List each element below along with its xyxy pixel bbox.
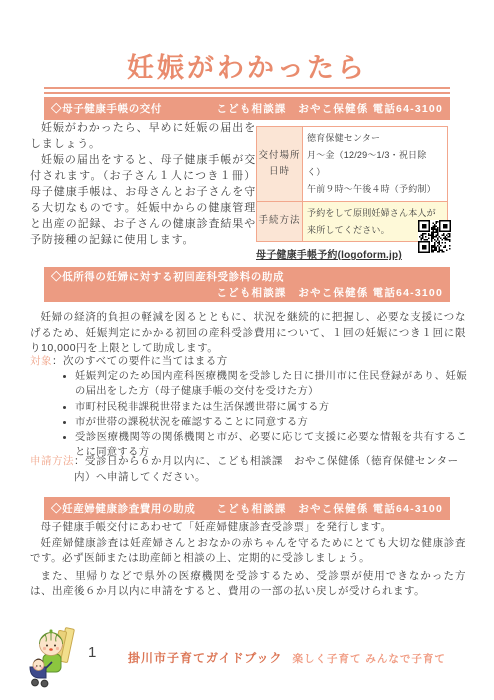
section-contact: こども相談課 おやこ保健係 電話64-3100	[216, 101, 443, 116]
paragraph: 妊娠の届出をすると、母子健康手帳が交付されます。（お子さん１人につき１冊）母子健…	[30, 152, 256, 248]
eligibility-line: 対象：次のすべての要件に当てはまる方	[30, 353, 466, 368]
table-row-label: 手続方法	[257, 202, 303, 241]
eligibility-label: 対象	[30, 355, 52, 367]
list-item: 市が世帯の課税状況を確認することに同意する方	[75, 415, 467, 430]
section-heading: ◇母子健康手帳の交付	[51, 101, 162, 116]
paragraph: 妊産婦健康診査は妊産婦さんとおなかの赤ちゃんを守るためにとても大切な健康診査です…	[30, 536, 466, 567]
paragraph: 妊娠がわかったら、早めに妊娠の届出をしましょう。	[30, 120, 256, 152]
section-body-low-income-subsidy: 妊婦の経済的負担の軽減を図るとともに、状況を継続的に把握し、必要な支援につなげる…	[30, 310, 466, 357]
table-row-label: 交付場所 日時	[257, 127, 303, 202]
list-item: 市町村民税非課税世帯または生活保護世帯に属する方	[75, 400, 467, 415]
section-body-checkup-subsidy: 母子健康手帳交付にあわせて「妊産婦健康診査受診票」を発行します。 妊産婦健康診査…	[30, 520, 466, 600]
application-method-line: 申請方法：受診日から６か月以内に、こども相談課 おやこ保健係（徳育保健センター内…	[30, 454, 470, 485]
eligibility-text: ：次のすべての要件に当てはまる方	[52, 355, 228, 367]
section-heading: ◇低所得の妊婦に対する初回産科受診料の助成	[51, 269, 443, 284]
section-body-maternal-handbook: 妊娠がわかったら、早めに妊娠の届出をしましょう。 妊娠の届出をすると、母子健康手…	[30, 120, 256, 248]
paragraph: また、里帰りなどで県外の医療機関を受診するため、受診票が使用できなかった方は、出…	[30, 569, 466, 600]
section-heading: ◇妊産婦健康診査費用の助成	[51, 501, 195, 516]
footer-brand: 掛川市子育てガイドブック	[128, 651, 282, 665]
table-row-value: 徳育保健センター 月～金（12/29～1/3・祝日除く） 午前９時～午後４時（予…	[303, 127, 448, 202]
guidebook-page: 妊娠がわかったら ◇母子健康手帳の交付 こども相談課 おやこ保健係 電話64-3…	[0, 0, 494, 700]
paragraph: 母子健康手帳交付にあわせて「妊産婦健康診査受診票」を発行します。	[30, 520, 466, 536]
footer-tagline: 楽しく子育て みんなで子育て	[292, 653, 445, 665]
eligibility-bullet-list: 妊娠判定のため国内産科医療機関を受診した日に掛川市に住民登録があり、妊娠の届出を…	[60, 369, 467, 461]
section-header-checkup-subsidy: ◇妊産婦健康診査費用の助成 こども相談課 おやこ保健係 電話64-3100	[44, 497, 450, 520]
title-underline	[44, 87, 450, 94]
table-row: 交付場所 日時 徳育保健センター 月～金（12/29～1/3・祝日除く） 午前９…	[257, 127, 448, 202]
application-method-label: 申請方法	[30, 454, 74, 485]
section-header-low-income-subsidy: ◇低所得の妊婦に対する初回産科受診料の助成 こども相談課 おやこ保健係 電話64…	[44, 267, 450, 302]
qr-reservation-link[interactable]: 母子健康手帳予約(logoform.jp)	[256, 246, 420, 261]
mascot-illustration	[26, 627, 88, 689]
section-contact: こども相談課 おやこ保健係 電話64-3100	[216, 501, 443, 516]
section-header-maternal-handbook: ◇母子健康手帳の交付 こども相談課 おやこ保健係 電話64-3100	[44, 97, 450, 120]
section-contact: こども相談課 おやこ保健係 電話64-3100	[51, 285, 443, 300]
page-title: 妊娠がわかったら	[0, 46, 494, 85]
application-method-text: ：受診日から６か月以内に、こども相談課 おやこ保健係（徳育保健センター内）へ申請…	[74, 454, 470, 485]
qr-code	[418, 220, 451, 253]
page-number: 1	[88, 644, 96, 661]
list-item: 妊娠判定のため国内産科医療機関を受診した日に掛川市に住民登録があり、妊娠の届出を…	[75, 369, 467, 400]
footer-line: 掛川市子育てガイドブック楽しく子育て みんなで子育て	[128, 649, 446, 667]
